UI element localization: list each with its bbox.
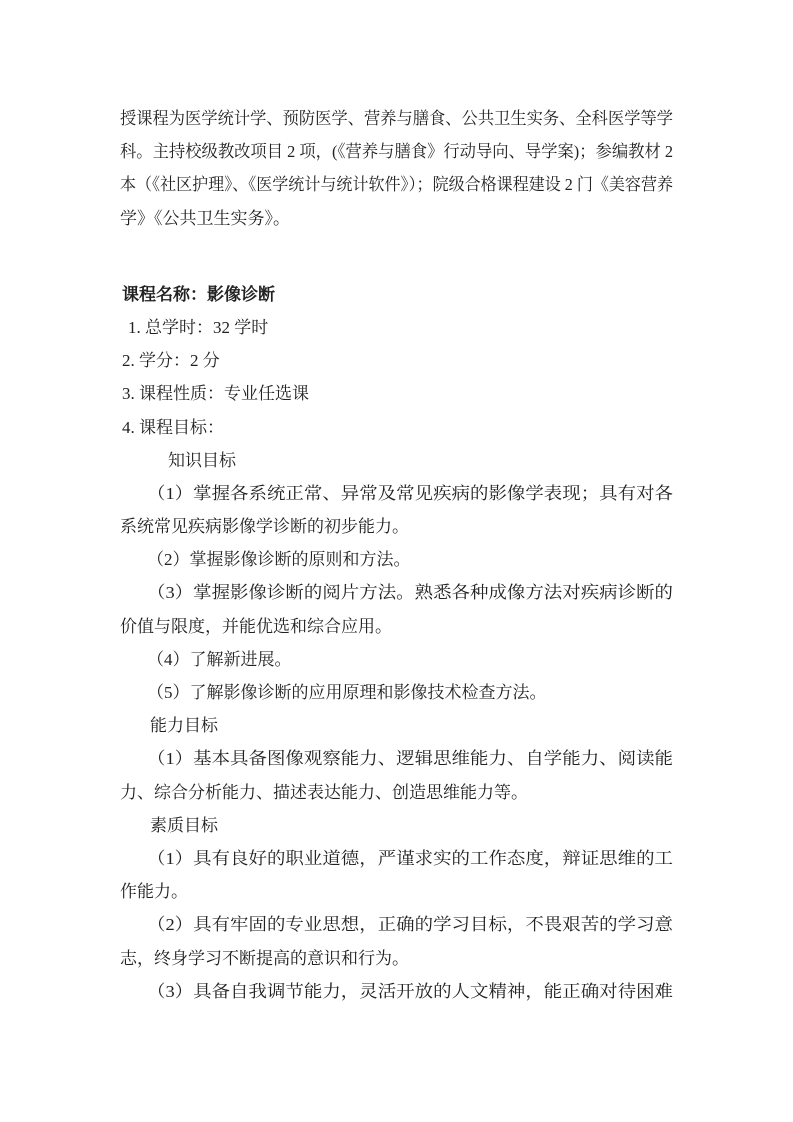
text-run: 知识目标	[168, 444, 236, 477]
paragraph-gap	[120, 235, 673, 278]
text-run: 力、综合分析能力、描述表达能力、创造思维能力等。	[120, 776, 528, 809]
text-line: 1. 总学时：32 学时	[120, 311, 673, 344]
text-line: （1）具有良好的职业道德，严谨求实的工作态度，辩证思维的工	[120, 842, 673, 875]
text-run: 课程名称：影像诊断	[122, 278, 275, 311]
text-line: （1）掌握各系统正常、异常及常见疾病的影像学表现；具有对各	[120, 477, 673, 510]
text-run: 志，终身学习不断提高的意识和行为。	[120, 942, 409, 975]
text-run: 授课程为医学统计学、预防医学、营养与膳食、公共卫生实务、全科医学等学	[120, 102, 673, 135]
quality-objectives-section: 素质目标（1）具有良好的职业道德，严谨求实的工作态度，辩证思维的工作能力。（2）…	[120, 809, 673, 1008]
text-line: 能力目标	[120, 709, 673, 742]
intro-paragraph: 授课程为医学统计学、预防医学、营养与膳食、公共卫生实务、全科医学等学科。主持校级…	[120, 102, 673, 235]
text-run: （5）了解影像诊断的应用原理和影像技术检查方法。	[147, 676, 547, 709]
text-run: 3. 课程性质：专业任选课	[122, 377, 309, 410]
text-run: 学》《公共卫生实务》。	[120, 202, 290, 235]
document-body: 授课程为医学统计学、预防医学、营养与膳食、公共卫生实务、全科医学等学科。主持校级…	[120, 102, 673, 1008]
text-line: 价值与限度，并能优选和综合应用。	[120, 610, 673, 643]
text-line: （5）了解影像诊断的应用原理和影像技术检查方法。	[120, 676, 673, 709]
text-run: 价值与限度，并能优选和综合应用。	[120, 610, 392, 643]
text-line: 系统常见疾病影像学诊断的初步能力。	[120, 510, 673, 543]
text-line: 本（《社区护理》、《医学统计与统计软件》）；院级合格课程建设 2 门《美容营养	[120, 168, 673, 201]
ability-objectives-section: 能力目标（1）基本具备图像观察能力、逻辑思维能力、自学能力、阅读能力、综合分析能…	[120, 709, 673, 809]
text-line: 4. 课程目标：	[120, 411, 673, 444]
knowledge-objectives-section: 知识目标（1）掌握各系统正常、异常及常见疾病的影像学表现；具有对各系统常见疾病影…	[120, 444, 673, 710]
text-line: （2）具有牢固的专业思想，正确的学习目标，不畏艰苦的学习意	[120, 908, 673, 941]
text-run: 能力目标	[150, 709, 218, 742]
text-run: （1）基本具备图像观察能力、逻辑思维能力、自学能力、阅读能	[147, 742, 673, 775]
text-line: 学》《公共卫生实务》。	[120, 202, 673, 235]
text-run: （1）具有良好的职业道德，严谨求实的工作态度，辩证思维的工	[147, 842, 673, 875]
text-line: 作能力。	[120, 875, 673, 908]
document-page: 授课程为医学统计学、预防医学、营养与膳食、公共卫生实务、全科医学等学科。主持校级…	[0, 0, 793, 1122]
text-run: 作能力。	[120, 875, 188, 908]
text-line: （1）基本具备图像观察能力、逻辑思维能力、自学能力、阅读能	[120, 742, 673, 775]
text-run: 4. 课程目标：	[122, 411, 224, 444]
text-run: （2）具有牢固的专业思想，正确的学习目标，不畏艰苦的学习意	[147, 908, 673, 941]
text-line: （3）掌握影像诊断的阅片方法。熟悉各种成像方法对疾病诊断的	[120, 576, 673, 609]
text-run: （4）了解新进展。	[147, 643, 292, 676]
text-line: （2）掌握影像诊断的原则和方法。	[120, 543, 673, 576]
text-run: （2）掌握影像诊断的原则和方法。	[147, 543, 411, 576]
text-line: 科。主持校级教改项目 2 项，(《营养与膳食》行动导向、导学案)；参编教材 2	[120, 135, 673, 168]
text-line: 志，终身学习不断提高的意识和行为。	[120, 942, 673, 975]
text-run: 1. 总学时：32 学时	[128, 311, 268, 344]
text-run: （3）具备自我调节能力，灵活开放的人文精神，能正确对待困难	[147, 975, 673, 1008]
text-run: 系统常见疾病影像学诊断的初步能力。	[120, 510, 409, 543]
text-run: 2. 学分：2 分	[122, 344, 220, 377]
text-line: 力、综合分析能力、描述表达能力、创造思维能力等。	[120, 776, 673, 809]
text-run: （1）掌握各系统正常、异常及常见疾病的影像学表现；具有对各	[147, 477, 673, 510]
text-line: 授课程为医学统计学、预防医学、营养与膳食、公共卫生实务、全科医学等学	[120, 102, 673, 135]
text-run: 科。主持校级教改项目 2 项，(《营养与膳食》行动导向、导学案)；参编教材 2	[120, 135, 673, 168]
text-run: 素质目标	[150, 809, 218, 842]
text-line: 2. 学分：2 分	[120, 344, 673, 377]
text-line: 知识目标	[120, 444, 673, 477]
course-title: 课程名称：影像诊断	[120, 278, 673, 311]
text-line: （3）具备自我调节能力，灵活开放的人文精神，能正确对待困难	[120, 975, 673, 1008]
text-line: （4）了解新进展。	[120, 643, 673, 676]
text-run: （3）掌握影像诊断的阅片方法。熟悉各种成像方法对疾病诊断的	[147, 576, 673, 609]
course-info-list: 1. 总学时：32 学时2. 学分：2 分3. 课程性质：专业任选课4. 课程目…	[120, 311, 673, 444]
text-run: 本（《社区护理》、《医学统计与统计软件》）；院级合格课程建设 2 门《美容营养	[120, 168, 673, 201]
text-line: 素质目标	[120, 809, 673, 842]
text-line: 课程名称：影像诊断	[120, 278, 673, 311]
text-line: 3. 课程性质：专业任选课	[120, 377, 673, 410]
